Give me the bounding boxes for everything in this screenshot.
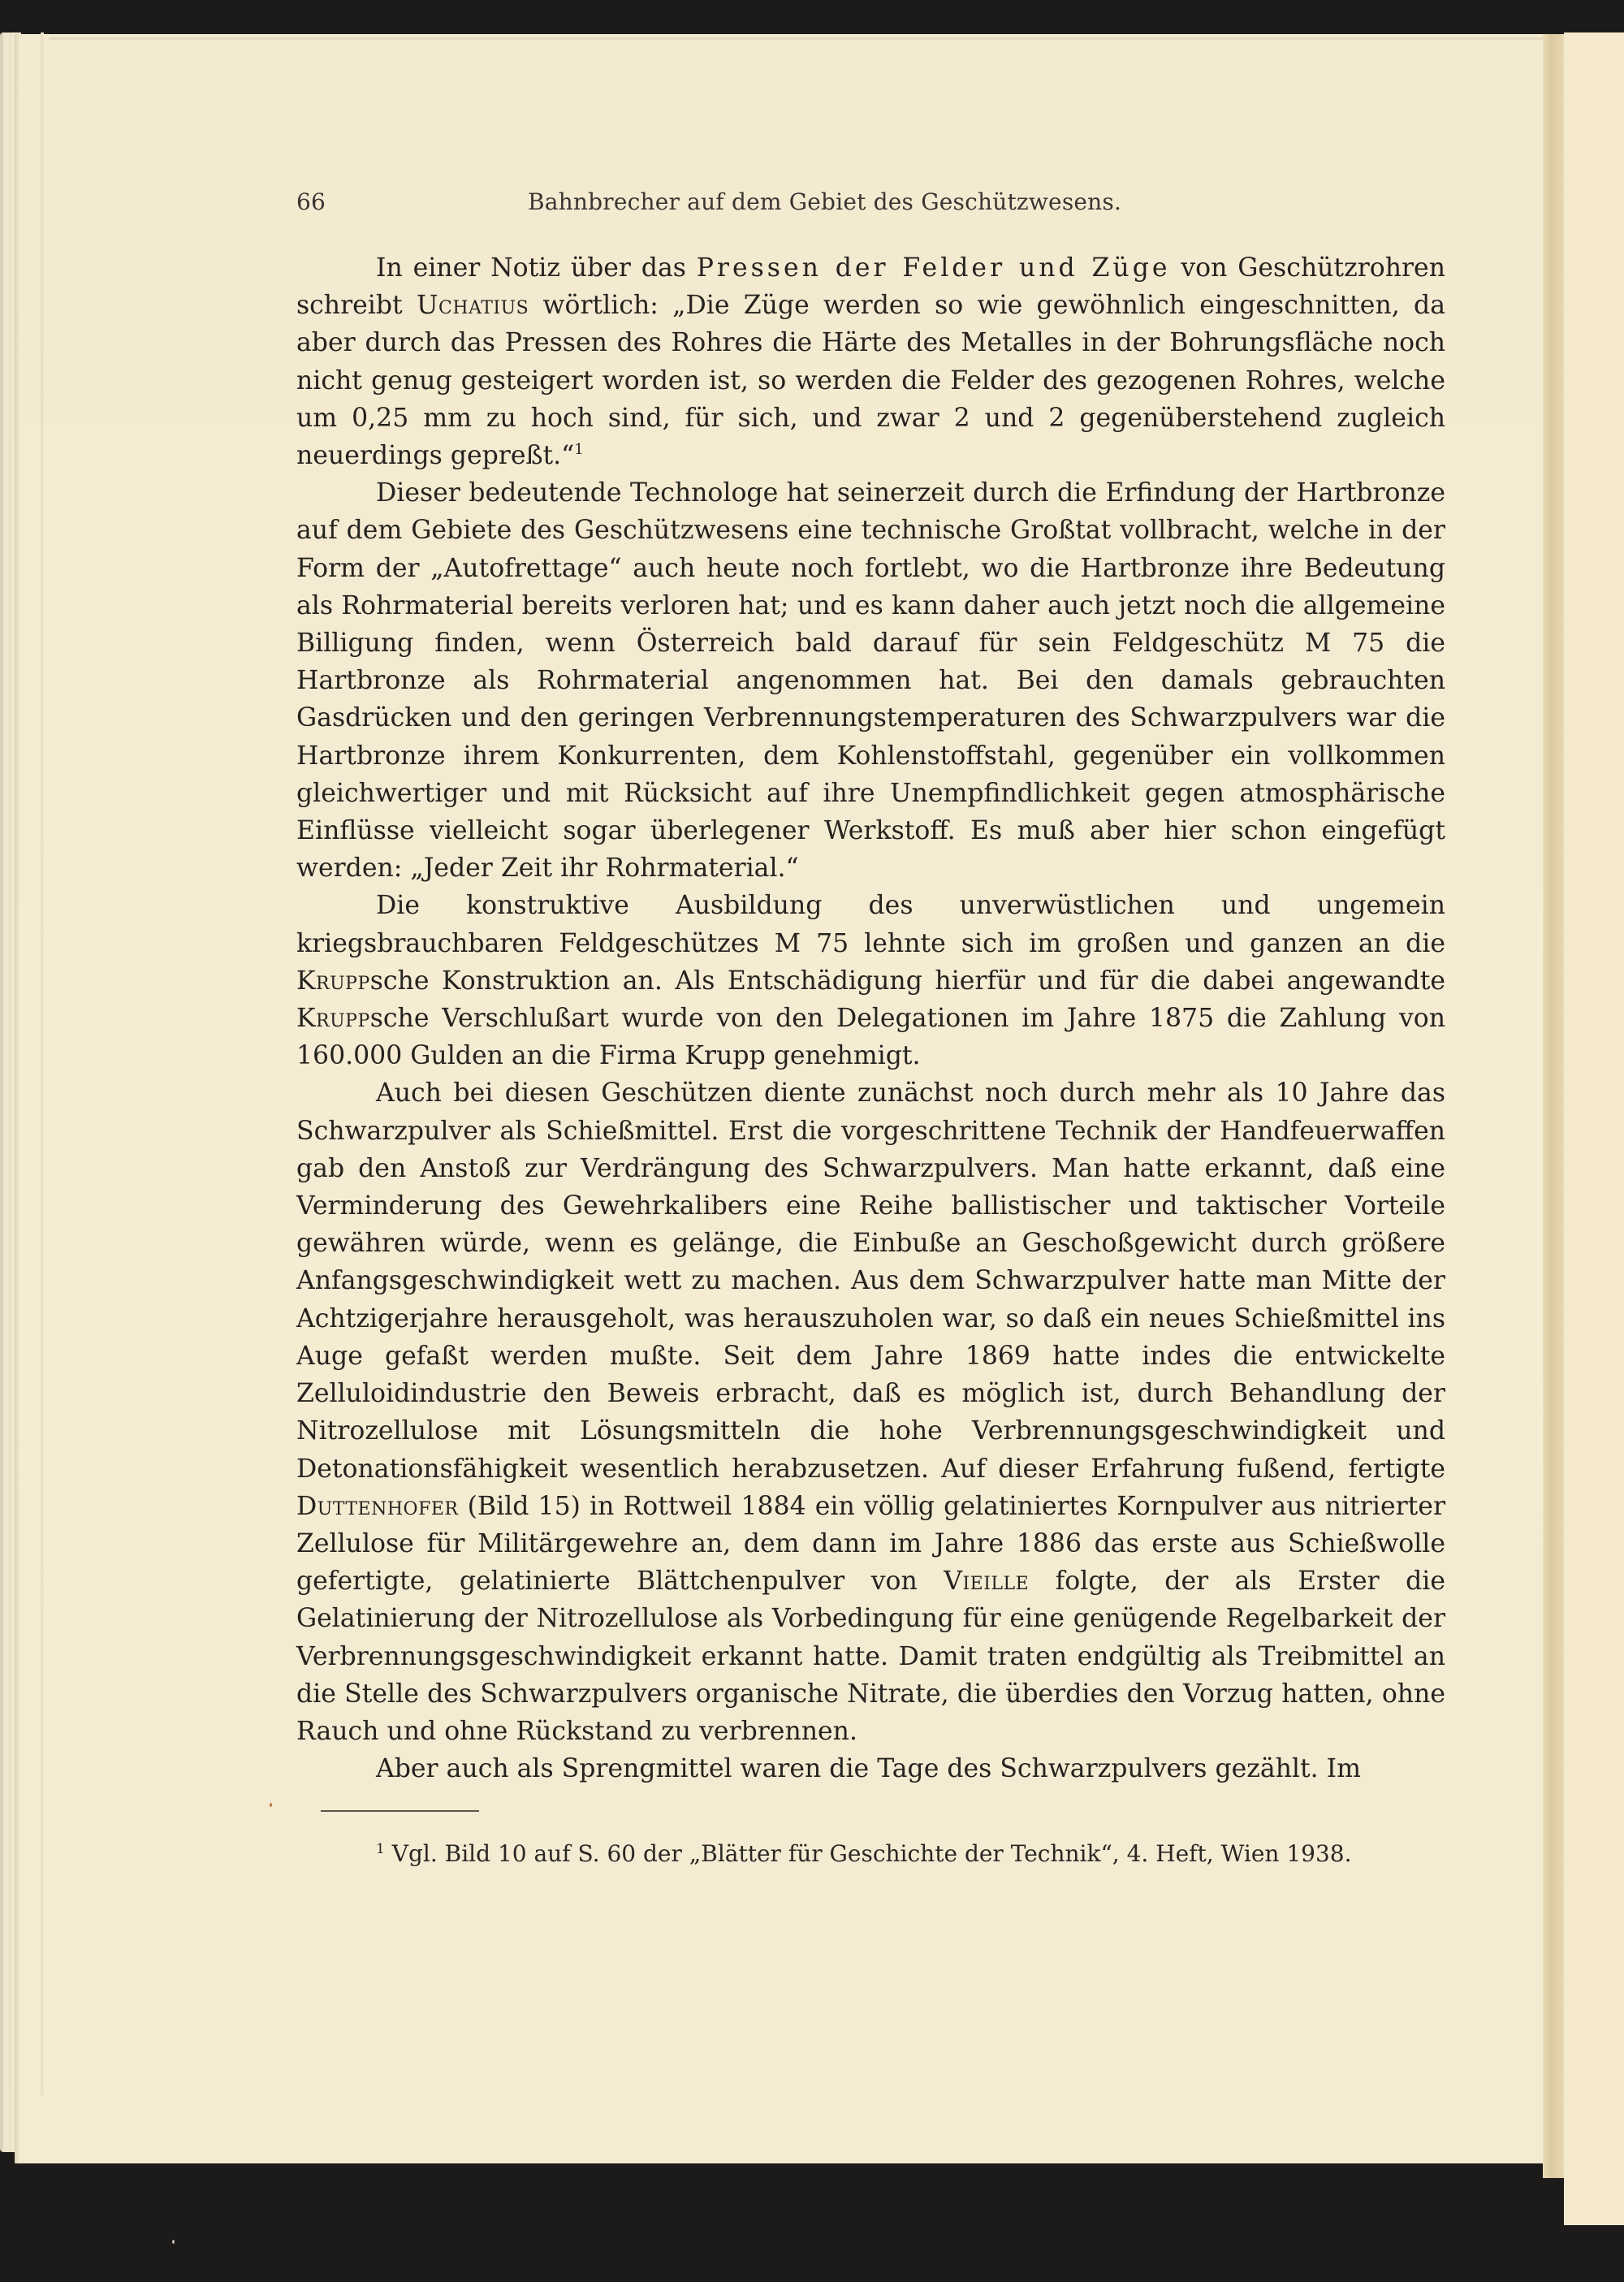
text-run: Auch bei diesen Geschützen diente zunäch…: [296, 1078, 1445, 1483]
body-text: In einer Notiz über das Pressen der Feld…: [296, 249, 1445, 1787]
emphasis-spaced: Pressen der Felder und Züge: [697, 253, 1171, 283]
text-run: Dieser bedeutende Technologe hat seinerz…: [296, 478, 1445, 883]
person-name: Krupp: [296, 1004, 370, 1033]
page-top-edge: [49, 37, 1592, 40]
text-run: sche Verschlußart wurde von den Delegati…: [296, 1004, 1445, 1070]
adjacent-page-strip: [1564, 32, 1624, 2225]
paragraph: Dieser bedeutende Technologe hat seinerz…: [296, 474, 1445, 887]
text-run: In einer Notiz über das: [376, 253, 697, 283]
text-run: Die konstruktive Ausbildung des unverwüs…: [296, 891, 1445, 957]
footnotes: 1 Vgl. Bild 10 auf S. 60 der „Blätter fü…: [296, 1838, 1445, 1870]
page-number: 66: [296, 188, 326, 215]
footnote-text: Vgl. Bild 10 auf S. 60 der „Blätter für …: [385, 1840, 1352, 1867]
gutter-shadow: [1543, 34, 1564, 2178]
person-name: Duttenhofer: [296, 1492, 458, 1521]
person-name: Uchatius: [417, 291, 529, 320]
text-run: sche Konstruktion an. Als Entschädigung …: [370, 966, 1445, 996]
paragraph: Die konstruktive Ausbildung des unverwüs…: [296, 887, 1445, 1074]
person-name: Krupp: [296, 966, 370, 996]
paragraph: In einer Notiz über das Pressen der Feld…: [296, 249, 1445, 474]
paper-speck: [270, 1803, 272, 1807]
footnote-marker: 1: [376, 1841, 385, 1857]
running-title: Bahnbrecher auf dem Gebiet des Geschützw…: [528, 188, 1121, 215]
footnote: 1 Vgl. Bild 10 auf S. 60 der „Blätter fü…: [296, 1838, 1445, 1870]
footnote-rule: [321, 1810, 479, 1812]
text-run: Aber auch als Sprengmittel waren die Tag…: [376, 1754, 1361, 1783]
person-name: Vieille: [944, 1567, 1029, 1596]
paragraph: Auch bei diesen Geschützen diente zunäch…: [296, 1074, 1445, 1750]
page-inner-edge: [41, 32, 44, 2095]
footnote-reference: 1: [574, 441, 583, 458]
paper-speck: [172, 2240, 175, 2244]
paragraph: Aber auch als Sprengmittel waren die Tag…: [296, 1750, 1445, 1787]
